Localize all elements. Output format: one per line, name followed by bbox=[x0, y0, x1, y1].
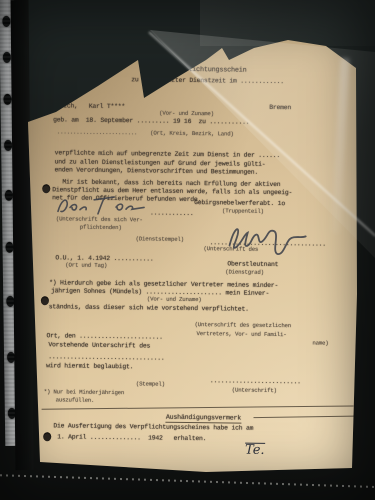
certify-signature-dots: ......................... bbox=[210, 377, 301, 385]
name-label: (Vor- und Zuname) bbox=[159, 111, 214, 118]
receipt-line-2: 1. April .............. 1942 erhalten. bbox=[57, 433, 206, 442]
officer-signature bbox=[223, 220, 309, 257]
place-label-line: ......................... (Ort, Kreis, B… bbox=[57, 129, 234, 137]
place-date-line: Ort, den ....................... bbox=[46, 332, 162, 340]
document-punch-hole bbox=[41, 296, 49, 305]
name-line: Ich, Karl T**** bbox=[63, 102, 125, 110]
recruit-signature-label-1: (Unterschrift des sich Ver- bbox=[56, 216, 143, 223]
unit-line: Gebirgsnebelwerferabt. 1o bbox=[194, 199, 285, 207]
handwritten-initials: Te. bbox=[245, 443, 265, 457]
service-stamp-label: (Dienststempel) bbox=[136, 236, 184, 243]
section-divider bbox=[42, 405, 354, 409]
stamp-label: (Stempel) bbox=[136, 381, 165, 388]
guardian-line-3: ständnis, dass dieser sich wie vorstehen… bbox=[49, 303, 249, 312]
rank-label: (Dienstgrad) bbox=[225, 269, 264, 276]
sleeve-stitch-line bbox=[0, 474, 375, 488]
pledge-line-3: enden Verordnungen, Dienstvorschriften u… bbox=[54, 166, 258, 176]
certify-line-2: wird hiermit beglaubigt. bbox=[46, 362, 133, 370]
certify-signature-label: (Unterschrift) bbox=[232, 387, 277, 394]
rank-line: Oberstleutnant bbox=[227, 260, 278, 268]
guardian-signature-label-2: Vertreters, Vor- und Famili- bbox=[196, 331, 286, 338]
document-punch-hole bbox=[42, 184, 50, 193]
unit-label: (Truppenteil) bbox=[222, 208, 264, 215]
recruit-signature-label-2: pflichtenden) bbox=[80, 225, 122, 232]
certify-line-1: Vorstehende Unterschrift des bbox=[48, 341, 150, 349]
document-paper: Verpflichtungsschein zu unbegrenzter Die… bbox=[26, 34, 358, 476]
recruit-signature-dots: ............ bbox=[150, 209, 194, 217]
guardian-signature-label-1: (Unterschrift des gesetzlichen bbox=[195, 322, 291, 329]
birth-line: geb. am 18. September ......... 19 16 zu… bbox=[53, 116, 249, 125]
sleeve-top-sheen bbox=[200, 0, 375, 46]
date-label: (Ort und Tag) bbox=[65, 262, 107, 269]
sleeve-punch-hole bbox=[2, 16, 10, 27]
footnote-line-2: auszufüllen. bbox=[56, 397, 95, 404]
sleeve-shadow-band bbox=[11, 0, 34, 470]
guardian-name-label: (Vor- und Zuname) bbox=[147, 296, 202, 303]
sleeve-punch-hole bbox=[4, 140, 12, 151]
photo-of-document-in-sleeve: Verpflichtungsschein zu unbegrenzter Die… bbox=[0, 0, 375, 500]
pledge-line-1: verpflichte mich auf unbegrenzte Zeit zu… bbox=[55, 149, 280, 159]
certify-dots: ................................ bbox=[48, 353, 164, 361]
section-title: Aushändigungsvermerk bbox=[166, 414, 241, 424]
document-punch-hole bbox=[43, 432, 51, 441]
birthplace-value: Bremen bbox=[269, 104, 291, 111]
sleeve-punch-hole bbox=[3, 94, 11, 105]
doc-title: Verpflichtungsschein bbox=[58, 65, 358, 76]
receipt-line-1: Die Ausfertigung des Verpflichtungsschei… bbox=[53, 422, 253, 431]
guardian-signature-label-3: name) bbox=[312, 340, 328, 346]
document-content: Verpflichtungsschein zu unbegrenzter Die… bbox=[23, 32, 360, 478]
doc-subtitle: zu unbegrenzter Dienstzeit im ..........… bbox=[58, 75, 358, 86]
sleeve-punch-hole bbox=[3, 52, 11, 63]
